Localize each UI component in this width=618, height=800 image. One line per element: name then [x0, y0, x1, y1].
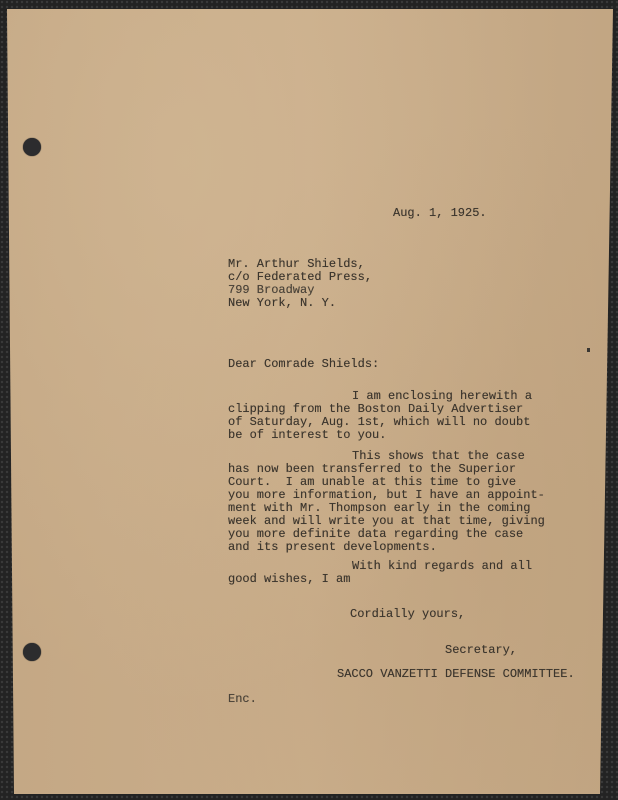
enclosure-note: Enc. — [228, 693, 257, 706]
body-line: With kind regards and all — [352, 560, 532, 573]
body-line: be of interest to you. — [228, 429, 386, 442]
address-line: New York, N. Y. — [228, 297, 336, 310]
salutation: Dear Comrade Shields: — [228, 358, 379, 371]
body-line: and its present developments. — [228, 541, 437, 554]
organization-name: SACCO VANZETTI DEFENSE COMMITTEE. — [337, 668, 575, 681]
letter-page: Aug. 1, 1925. Mr. Arthur Shields, c/o Fe… — [0, 0, 618, 800]
paper-speck — [587, 348, 590, 352]
closing: Cordially yours, — [350, 608, 465, 621]
punch-hole-bottom — [23, 643, 41, 661]
body-line: good wishes, I am — [228, 573, 350, 586]
punch-hole-top — [23, 138, 41, 156]
signature-title: Secretary, — [445, 644, 517, 657]
letter-date: Aug. 1, 1925. — [393, 207, 487, 220]
